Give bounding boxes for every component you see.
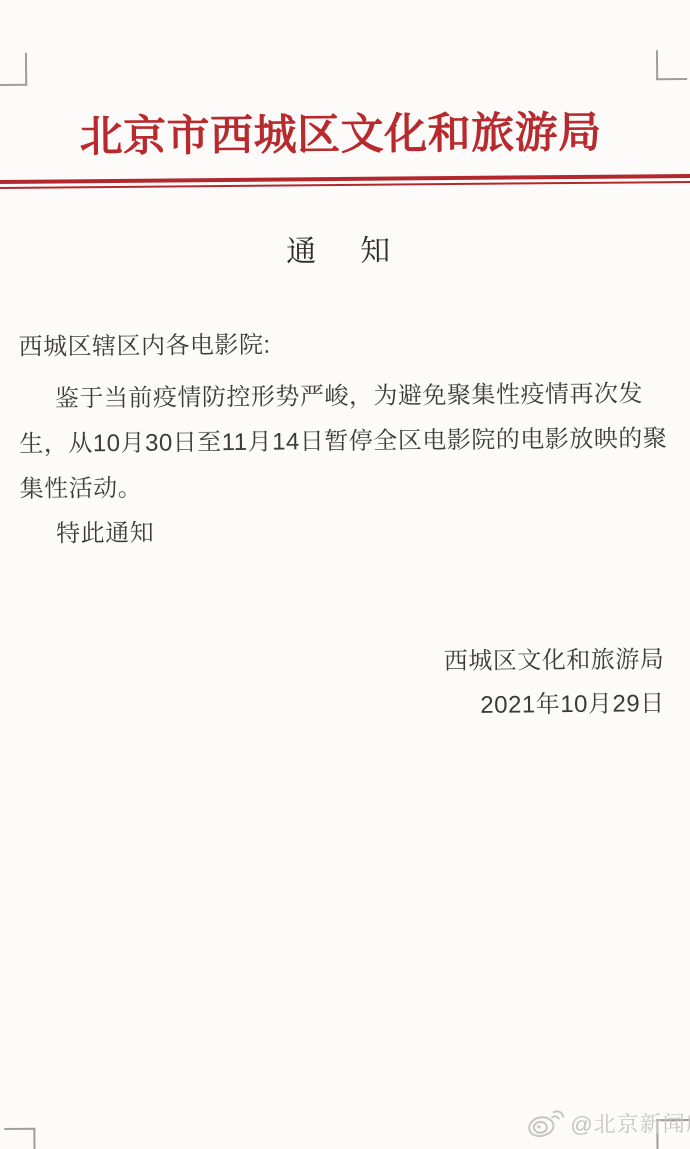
watermark-text: @北京新闻广播 — [570, 1107, 690, 1139]
document-sheet: 北京市西城区文化和旅游局 通 知 西城区辖区内各电影院: 鉴于当前疫情防控形势严… — [0, 0, 690, 1149]
notice-salutation: 西城区辖区内各电影院: — [18, 319, 666, 370]
crop-mark-top-right — [656, 50, 687, 80]
notice-body-line: 生，从10月30日至11月14日暂停全区电影院的电影放映的聚 — [19, 416, 667, 467]
notice-title: 通 知 — [0, 231, 687, 273]
signature-block: 西城区文化和旅游局 2021年10月29日 — [444, 638, 665, 728]
letterhead-agency-title: 北京市西城区文化和旅游局 — [0, 105, 686, 165]
weibo-watermark: @北京新闻广播 — [526, 1107, 690, 1140]
crop-mark-top-left — [0, 53, 27, 86]
notice-body: 西城区辖区内各电影院: 鉴于当前疫情防控形势严峻，为避免聚集性疫情再次发 生，从… — [18, 319, 668, 557]
notice-body-line: 集性活动。 — [20, 461, 668, 512]
notice-body-line: 鉴于当前疫情防控形势严峻，为避免聚集性疫情再次发 — [19, 371, 667, 422]
signature-agency: 西城区文化和旅游局 — [444, 638, 665, 684]
signature-date: 2021年10月29日 — [444, 682, 665, 728]
letterhead-double-rule — [0, 174, 690, 189]
crop-mark-bottom-left — [4, 1128, 35, 1149]
weibo-icon — [526, 1109, 564, 1139]
notice-closing-line: 特此通知 — [20, 506, 668, 557]
notice-document-photo: 北京市西城区文化和旅游局 通 知 西城区辖区内各电影院: 鉴于当前疫情防控形势严… — [0, 0, 690, 1149]
